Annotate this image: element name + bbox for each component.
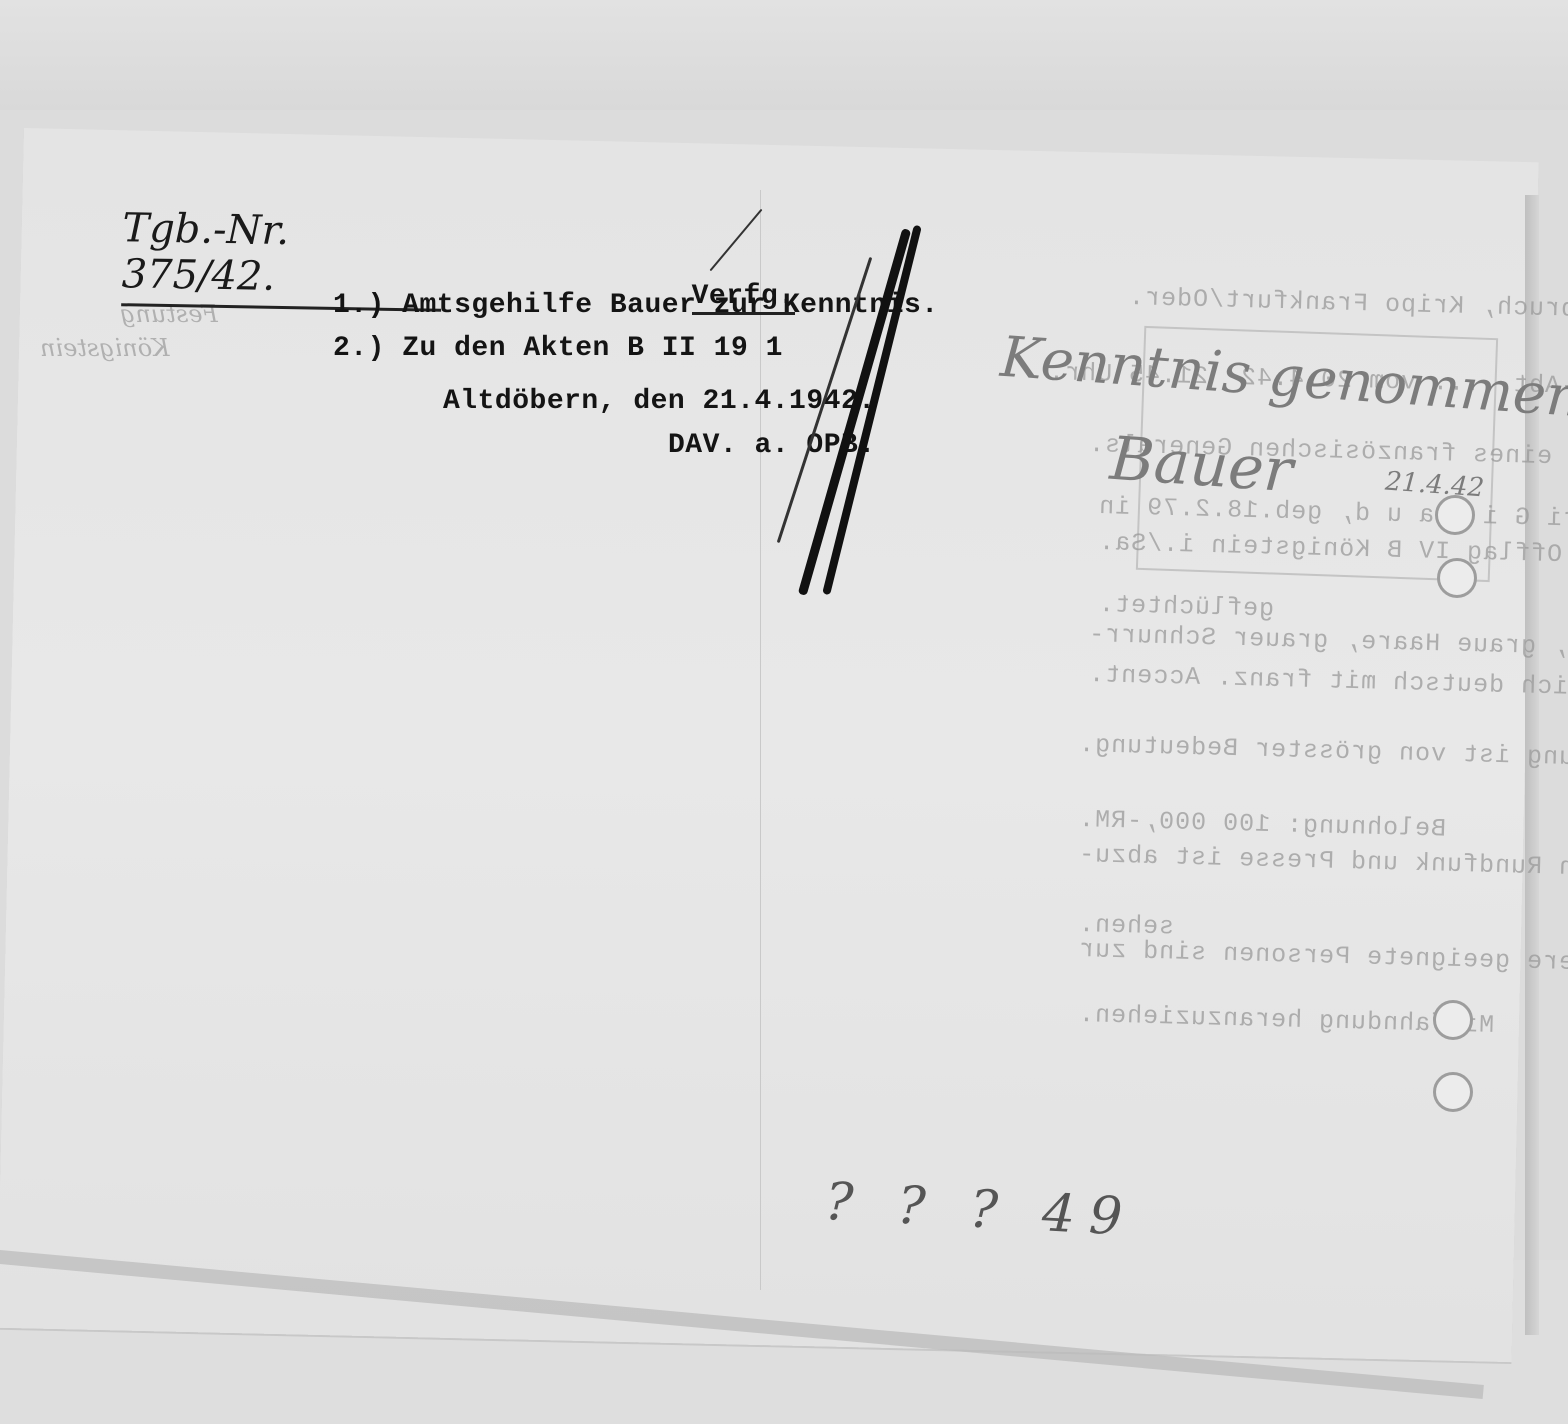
pencil-note-name: Bauer (1108, 424, 1295, 507)
bleed-margin-note: Königstein (40, 334, 170, 362)
instruction-1: 1.) Amtsgehilfe Bauer zur Kenntnis. (333, 290, 939, 321)
punch-hole (1433, 1072, 1473, 1112)
bleed-line: geflüchtet. (1098, 590, 1275, 624)
instruction-2: 2.) Zu den Akten B II 19 1 (333, 333, 783, 364)
scan-background-top (0, 0, 1568, 110)
place-date: Altdöbern, den 21.4.1942. (443, 386, 876, 417)
punch-hole (1437, 558, 1477, 598)
punch-hole (1435, 495, 1475, 535)
punch-hole (1433, 1000, 1473, 1040)
